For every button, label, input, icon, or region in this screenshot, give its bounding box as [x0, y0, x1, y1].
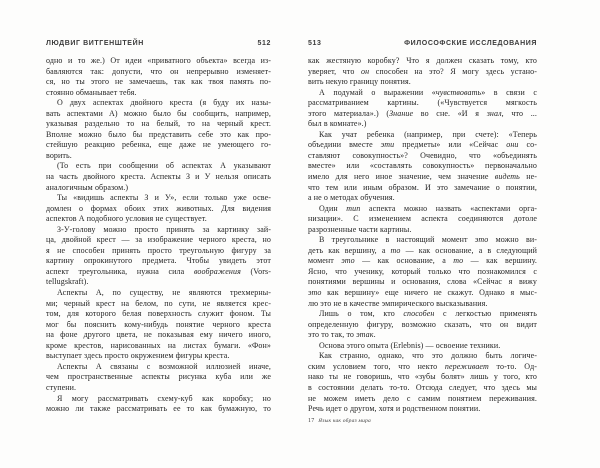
- page-footer: 17Язык как образ мира: [308, 418, 537, 424]
- page-right: 513 ФИЛОСОФСКИЕ ИССЛЕДОВАНИЯ как жестяну…: [308, 40, 537, 424]
- text-line: бавляются так: допусти, что он непрерывн…: [46, 67, 271, 78]
- text-line: я не способен принять просто треугольную…: [46, 246, 271, 257]
- text-line: tellugskraft).: [46, 277, 271, 288]
- text-line: В треугольнике в настоящий момент это мо…: [308, 235, 537, 246]
- text-line: как жестяную коробку? Что я должен сказа…: [308, 56, 537, 67]
- text-line: ся, но ты этого не замечаешь, так как тв…: [46, 77, 271, 88]
- text-line: Лишь о том, кто способен с легкостью при…: [308, 309, 537, 320]
- text-line: А подумай о выражении «чувствовать» в св…: [308, 88, 537, 99]
- text-line: кроме крестов, нарисованных на листах бу…: [46, 341, 271, 352]
- text-line: ворить.: [46, 151, 271, 162]
- text-line: это то так, то этак.: [308, 330, 537, 341]
- text-line: определенную фигуру, возможно сказать, ч…: [308, 320, 537, 331]
- signature-number: 17: [308, 418, 314, 424]
- text-line: аналогичным образом.): [46, 183, 271, 194]
- text-line: аспектов А подобного условия не существу…: [46, 214, 271, 225]
- text-line: вать аспектами А) можно было бы сообщить…: [46, 109, 271, 120]
- signature-title: Язык как образ мира: [318, 418, 371, 424]
- text-line: ца, двойной крест — за изображение черно…: [46, 235, 271, 246]
- text-line: вместе» или «составлять совокупность» пе…: [308, 161, 537, 172]
- text-line: чем пространственные аспекты рисунка куб…: [46, 372, 271, 383]
- text-line: Аспекты А связаны с возможной иллюзией и…: [46, 362, 271, 373]
- text-line: мог бы пояснить кому-нибудь понятие черн…: [46, 320, 271, 331]
- page-left: ЛЮДВИГ ВИТГЕНШТЕЙН 512 одно и то же.) От…: [46, 40, 271, 415]
- text-line: аспект треугольника, нужна сила воображе…: [46, 267, 271, 278]
- text-line: Аспекты А, по существу, не являются трех…: [46, 288, 271, 299]
- text-line: картину опрокинутого предмета. Чтобы уви…: [46, 256, 271, 267]
- text-line: это как вершину» еще ничего не скажут. О…: [308, 288, 537, 299]
- text-line: не можем иметь дело с самим понятием пер…: [308, 394, 537, 405]
- page-number: 512: [258, 40, 271, 47]
- text-line: понятиями вершины и основания, слова «Се…: [308, 277, 537, 288]
- text-line: ми; черный крест на белом, по сути, не я…: [46, 299, 271, 310]
- text-line: что тем или иным образом. И это замечани…: [308, 183, 537, 194]
- text-line: Основа этого опыта (Erlebnis) — освоение…: [308, 341, 537, 352]
- text-line: Вполне можно было бы представить себе эт…: [46, 130, 271, 141]
- text-line: имело для него иное значение, чем значен…: [308, 172, 537, 183]
- text-line: ступени.: [46, 383, 271, 394]
- text-line: Как учат ребенка (например, при счете): …: [308, 130, 537, 141]
- text-line: на фоне другого цвета, не показывая ему …: [46, 330, 271, 341]
- text-line: ским условием того, что некто переживает…: [308, 362, 537, 373]
- page-header: ЛЮДВИГ ВИТГЕНШТЕЙН 512: [46, 40, 271, 47]
- text-line: том, для которого белая поверхность служ…: [46, 309, 271, 320]
- text-line: вить некую границу понятия.: [308, 77, 537, 88]
- text-line: был в комнате».): [308, 119, 537, 130]
- text-line: можно ли также рассматривать ее то как б…: [46, 404, 271, 415]
- text-line: момент это — как основание, а то — как в…: [308, 256, 537, 267]
- text-line: рассматриванием картины. («Чувствуется м…: [308, 98, 537, 109]
- text-line: (То есть при сообщении об аспектах А ука…: [46, 161, 271, 172]
- book-scan: ЛЮДВИГ ВИТГЕНШТЕЙН 512 одно и то же.) От…: [0, 0, 600, 468]
- text-line: Речь идет о другом, хотя и родственном п…: [308, 404, 537, 415]
- text-line: в состоянии делать то-то. Отсюда следует…: [308, 383, 537, 394]
- text-line: а не о методах обучения.: [308, 193, 537, 204]
- text-line: этого материала».) (Знание во сне. «И я …: [308, 109, 537, 120]
- text-line: стоянно обманывает тебя.: [46, 88, 271, 99]
- text-line: деть как вершину, а то — как основание, …: [308, 246, 537, 257]
- text-line: Как странно, однако, что это должно быть…: [308, 351, 537, 362]
- text-line: лю это не в качестве эмпирического выска…: [308, 299, 537, 310]
- text-line: объедини вместе эти предметы» или «Сейча…: [308, 140, 537, 151]
- text-line: стейшую реакцию ребенка, еще даже не уме…: [46, 140, 271, 151]
- text-line: домлен о формах обоих этих животных. Для…: [46, 204, 271, 215]
- page-body: одно и то же.) От идеи «приватного объек…: [46, 56, 271, 415]
- text-line: Я могу рассматривать схему-куб как короб…: [46, 394, 271, 405]
- text-line: О двух аспектах двойного креста (я буду …: [46, 98, 271, 109]
- text-line: одно и то же.) От идеи «приватного объек…: [46, 56, 271, 67]
- text-line: Ты «видишь аспекты З и У», если только у…: [46, 193, 271, 204]
- page-number: 513: [308, 40, 321, 47]
- text-line: на часть двойного креста. Аспекты З и У …: [46, 172, 271, 183]
- page-body: как жестяную коробку? Что я должен сказа…: [308, 56, 537, 415]
- text-line: нако ты не говоришь, что «зубы болят» ли…: [308, 372, 537, 383]
- running-title: ФИЛОСОФСКИЕ ИССЛЕДОВАНИЯ: [404, 40, 537, 47]
- text-line: Один тип аспекта можно назвать «аспектам…: [308, 204, 537, 215]
- text-line: низации». С изменением аспекта соединяют…: [308, 214, 537, 225]
- text-line: З-У-голову можно просто принять за карти…: [46, 225, 271, 236]
- text-line: указывая раздельно то на белый, то на че…: [46, 119, 271, 130]
- page-header: 513 ФИЛОСОФСКИЕ ИССЛЕДОВАНИЯ: [308, 40, 537, 47]
- text-line: уверяет, что он способен на это? Я могу …: [308, 67, 537, 78]
- text-line: Ясно, что ученику, который только что по…: [308, 267, 537, 278]
- text-line: разрозненные части картины.: [308, 225, 537, 236]
- text-line: ставляют совокупность»? Очевидно, что «о…: [308, 151, 537, 162]
- text-line: выступает здесь просто окружением фигуры…: [46, 351, 271, 362]
- running-title: ЛЮДВИГ ВИТГЕНШТЕЙН: [46, 40, 144, 47]
